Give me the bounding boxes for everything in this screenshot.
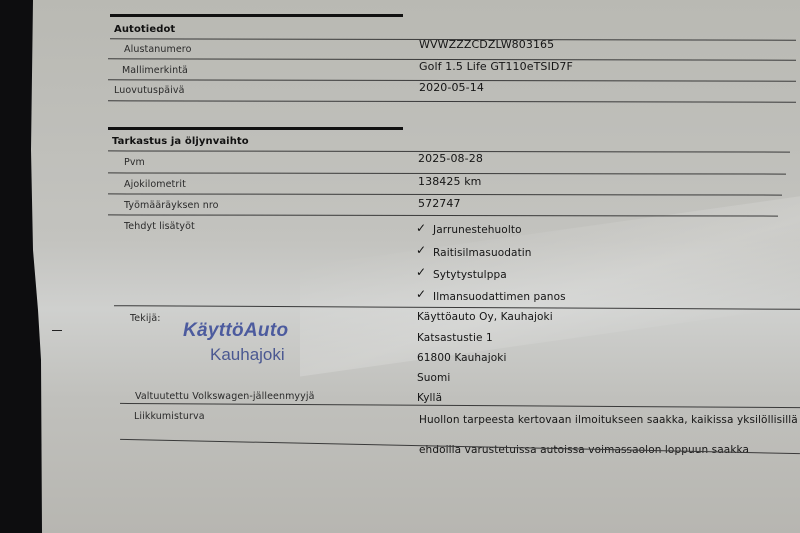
extra-work-label: Tehdyt lisätyöt: [124, 221, 195, 232]
margin-mark: [52, 330, 62, 331]
performer-line: Katsastustie 1: [417, 332, 493, 344]
vehicle-section-title: Autotiedot: [114, 24, 175, 35]
work-order-label: Työmääräyksen nro: [124, 200, 219, 211]
date-value: 2025-08-28: [418, 152, 483, 165]
checkmark-icon: ✓: [416, 243, 426, 257]
extra-work-item: Ilmansuodattimen panos: [433, 291, 566, 303]
performer-line: Suomi: [417, 372, 450, 384]
delivery-date-label: Luovutuspäivä: [114, 85, 185, 96]
authorized-dealer-label: Valtuutettu Volkswagen-jälleenmyyjä: [135, 391, 315, 402]
dealer-stamp-logo: KäyttöAuto: [183, 320, 288, 342]
model-label: Mallimerkintä: [122, 65, 188, 76]
vin-label: Alustanumero: [124, 44, 192, 55]
checkmark-icon: ✓: [416, 287, 426, 301]
mileage-value: 138425 km: [418, 175, 481, 188]
section-top-rule: [110, 14, 403, 17]
performer-label: Tekijä:: [130, 313, 161, 324]
delivery-date-value: 2020-05-14: [419, 81, 484, 94]
extra-work-item: Jarrunestehuolto: [433, 224, 522, 236]
mobility-value-line: Huollon tarpeesta kertovaan ilmoitukseen…: [419, 414, 798, 426]
mileage-label: Ajokilometrit: [124, 179, 186, 190]
performer-line: 61800 Kauhajoki: [417, 352, 506, 364]
checkmark-icon: ✓: [416, 265, 426, 279]
extra-work-item: Raitisilmasuodatin: [433, 247, 532, 259]
section-top-rule: [108, 127, 403, 130]
dealer-stamp-city: Kauhajoki: [210, 345, 285, 365]
model-value: Golf 1.5 Life GT110eTSID7F: [419, 60, 573, 73]
extra-work-item: Sytytystulppa: [433, 269, 507, 281]
mobility-label: Liikkumisturva: [134, 411, 205, 422]
authorized-dealer-value: Kyllä: [417, 392, 442, 404]
work-order-value: 572747: [418, 197, 461, 210]
performer-line: Käyttöauto Oy, Kauhajoki: [417, 311, 553, 323]
date-label: Pvm: [124, 157, 145, 168]
vin-value: WVWZZZCDZLW803165: [419, 38, 554, 51]
service-section-title: Tarkastus ja öljynvaihto: [112, 136, 249, 147]
checkmark-icon: ✓: [416, 221, 426, 235]
